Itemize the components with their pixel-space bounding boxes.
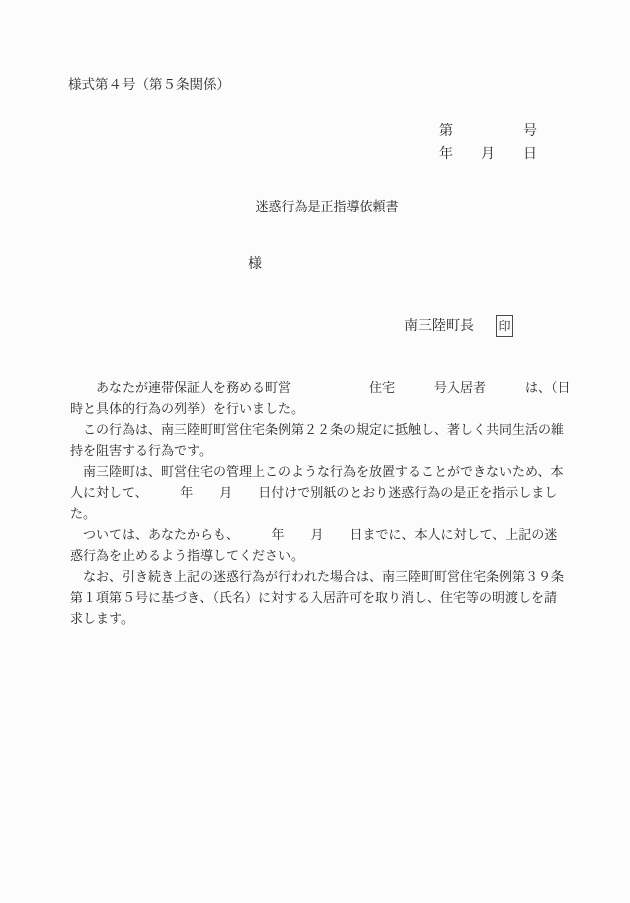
reference-block: 第 号 年 月 日: [439, 120, 537, 166]
doc-number-line: 第 号: [439, 120, 537, 143]
sender-title: 南三陸町長: [404, 319, 474, 335]
document-page: 様式第４号（第５条関係） 第 号 年 月 日 迷惑行為是正指導依頼書 様 南三陸…: [0, 0, 630, 903]
seal-stamp: 印: [496, 315, 513, 337]
addressee-honorific: 様: [248, 257, 262, 273]
body-text: あなたが連帯保証人を務める町営 住宅 号入居者 は、（日 時と具体的行為の列挙）…: [70, 377, 582, 629]
form-number: 様式第４号（第５条関係）: [68, 77, 230, 92]
date-line: 年 月 日: [439, 143, 537, 166]
document-title: 迷惑行為是正指導依頼書: [12, 199, 630, 215]
